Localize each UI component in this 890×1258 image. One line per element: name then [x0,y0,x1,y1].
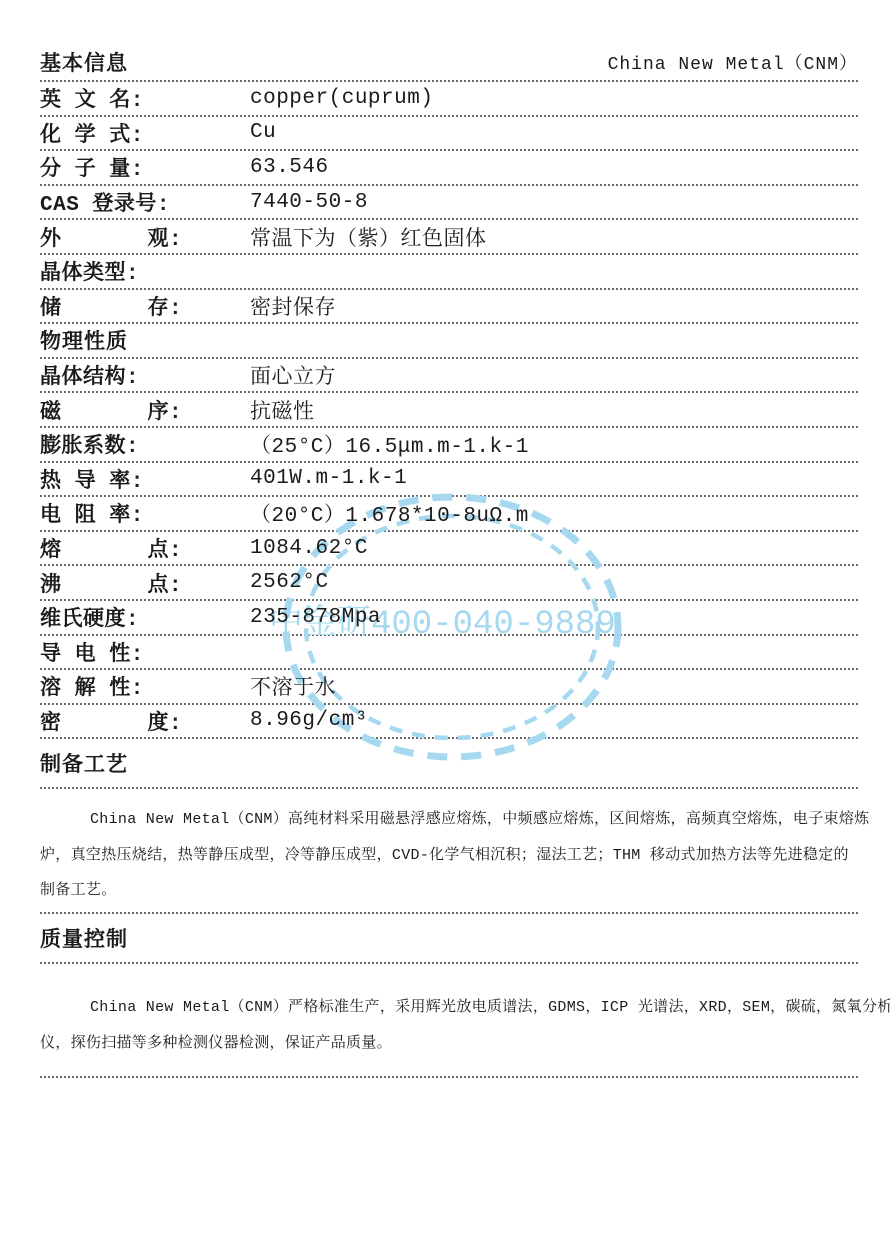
document-page: 中金研400-040-9889 基本信息 China New Metal（CNM… [0,0,890,1258]
document-header: 基本信息 China New Metal（CNM） [40,44,858,82]
section-title-quality: 质量控制 [40,923,128,953]
paragraph-line: 仪，探伤扫描等多种检测仪器检测，保证产品质量。 [40,1026,858,1062]
spec-value: Cu [250,121,858,144]
spec-row: 电 阻 率: （20°C）1.678*10-8uΩ.m [40,497,858,532]
section-title-basic-info: 基本信息 [40,47,128,77]
preparation-paragraph: China New Metal（CNM）高纯材料采用磁悬浮感应熔炼，中频感应熔炼… [40,789,858,914]
spec-label: 化 学 式: [40,118,250,148]
spec-label: 熔 点: [40,533,250,563]
spec-value: 常温下为（紫）红色固体 [250,222,858,252]
spec-row: 外 观: 常温下为（紫）红色固体 [40,220,858,255]
paragraph-line: China New Metal（CNM）高纯材料采用磁悬浮感应熔炼，中频感应熔炼… [40,802,858,838]
basic-info-table: 英 文 名: copper(cuprum) 化 学 式: Cu 分 子 量: 6… [40,82,858,324]
spec-row: 储 存: 密封保存 [40,290,858,325]
spec-row: 膨胀系数: （25°C）16.5μm.m-1.k-1 [40,428,858,463]
spec-row: 晶体类型: [40,255,858,290]
paragraph-line: China New Metal（CNM）严格标准生产，采用辉光放电质谱法，GDM… [40,990,858,1026]
spec-label: 分 子 量: [40,152,250,182]
paragraph-line: 制备工艺。 [40,873,858,909]
physical-table: 晶体结构: 面心立方 磁 序: 抗磁性 膨胀系数: （25°C）16.5μm.m… [40,359,858,740]
spec-value: 63.546 [250,156,858,179]
spec-label: 晶体类型: [40,256,250,286]
spec-row: 溶 解 性: 不溶于水 [40,670,858,705]
spec-label: 晶体结构: [40,360,250,390]
spec-value: 1084.62°C [250,537,858,560]
spec-label: 密 度: [40,706,250,736]
spec-value: 2562°C [250,571,858,594]
spec-value: 面心立方 [250,360,858,390]
spec-value: copper(cuprum) [250,87,858,110]
quality-paragraph: China New Metal（CNM）严格标准生产，采用辉光放电质谱法，GDM… [40,964,858,1078]
spec-label: 电 阻 率: [40,498,250,528]
spec-label: 热 导 率: [40,464,250,494]
spec-label: 膨胀系数: [40,429,250,459]
spec-value: 235-878Mpa [250,606,858,629]
spec-label: 导 电 性: [40,637,250,667]
spec-label: 沸 点: [40,568,250,598]
spec-row: CAS 登录号: 7440-50-8 [40,186,858,221]
spec-label: 溶 解 性: [40,671,250,701]
spec-row: 磁 序: 抗磁性 [40,393,858,428]
section-row-quality: 质量控制 [40,914,858,964]
spec-label: 磁 序: [40,395,250,425]
spec-row: 晶体结构: 面心立方 [40,359,858,394]
section-row-physical: 物理性质 [40,324,858,359]
spec-row: 分 子 量: 63.546 [40,151,858,186]
brand-text: China New Metal（CNM） [608,49,858,75]
spec-value: （20°C）1.678*10-8uΩ.m [250,498,858,528]
spec-label: 储 存: [40,291,250,321]
spec-value: （25°C）16.5μm.m-1.k-1 [250,429,858,459]
spec-value: 8.96g/cm³ [250,709,858,732]
paragraph-line: 炉，真空热压烧结，热等静压成型，冷等静压成型，CVD-化学气相沉积；湿法工艺；T… [40,838,858,874]
section-title-physical: 物理性质 [40,325,128,355]
spec-value: 不溶于水 [250,671,858,701]
spec-label: CAS 登录号: [40,187,250,217]
spec-value: 抗磁性 [250,395,858,425]
spec-value: 密封保存 [250,291,858,321]
spec-value: 401W.m-1.k-1 [250,467,858,490]
spec-row: 化 学 式: Cu [40,117,858,152]
spec-label: 维氏硬度: [40,602,250,632]
spec-label: 外 观: [40,222,250,252]
spec-label: 英 文 名: [40,83,250,113]
section-title-preparation: 制备工艺 [40,748,128,778]
spec-value: 7440-50-8 [250,191,858,214]
spec-row: 英 文 名: copper(cuprum) [40,82,858,117]
